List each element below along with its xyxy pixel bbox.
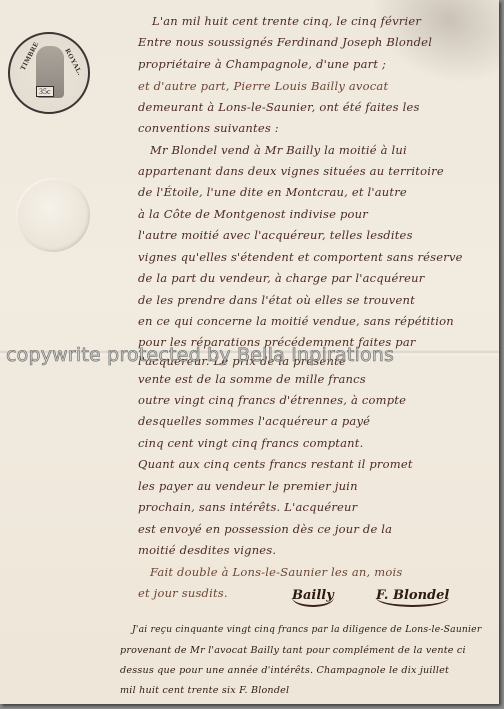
body-line: desquelles sommes l'acquéreur a payé	[138, 414, 370, 428]
body-line: cinq cent vingt cinq francs comptant.	[138, 436, 363, 450]
receipt-line: provenant de Mr l'avocat Bailly tant pou…	[120, 645, 466, 656]
body-line: prochain, sans intérêts. L'acquéreur	[138, 500, 357, 514]
body-line: en ce qui concerne la moitié vendue, san…	[138, 314, 454, 328]
receipt-line: mil huit cent trente six F. Blondel	[120, 685, 289, 696]
stamp-price: 35c	[36, 86, 54, 97]
body-line: demeurant à Lons-le-Saunier, ont été fai…	[138, 100, 420, 114]
body-line: Fait double à Lons-le-Saunier les an, mo…	[150, 565, 402, 579]
body-line: Entre nous soussignés Ferdinand Joseph B…	[138, 35, 432, 49]
body-line: de les prendre dans l'état où elles se t…	[138, 293, 415, 307]
body-line: les payer au vendeur le premier juin	[138, 479, 358, 493]
body-line: est envoyé en possession dès ce jour de …	[138, 522, 392, 536]
body-line: de l'Étoile, l'une dite en Montcrau, et …	[138, 185, 407, 199]
signature-blondel: F. Blondel	[376, 588, 449, 607]
body-line: conventions suivantes :	[138, 121, 279, 135]
body-line: et jour susdits.	[138, 586, 228, 600]
receipt-line: J'ai reçu cinquante vingt cinq francs pa…	[132, 624, 481, 635]
body-line: l'autre moitié avec l'acquéreur, telles …	[138, 228, 413, 242]
royal-stamp-seal: TIMBRE ROYAL. 35c	[8, 32, 90, 114]
body-line: vignes qu'elles s'étendent et comportent…	[138, 250, 463, 264]
copyright-watermark: copywrite protected by Bella Inpirations	[6, 344, 394, 366]
body-line: outre vingt cinq francs d'étrennes, à co…	[138, 393, 406, 407]
signature-bailly: Bailly	[292, 588, 334, 607]
embossed-seal-icon	[16, 178, 90, 252]
body-line: moitié desdites vignes.	[138, 543, 276, 557]
body-line: vente est de la somme de mille francs	[138, 372, 366, 386]
body-line: propriétaire à Champagnole, d'une part ;	[138, 57, 386, 71]
stamp-text-right: ROYAL.	[63, 47, 84, 77]
document-page: TIMBRE ROYAL. 35c L'an mil huit cent tre…	[0, 0, 499, 704]
body-line: Quant aux cinq cents francs restant il p…	[138, 457, 413, 471]
body-line: appartenant dans deux vignes situées au …	[138, 164, 444, 178]
body-line: et d'autre part, Pierre Louis Bailly avo…	[138, 79, 388, 93]
body-line: de la part du vendeur, à charge par l'ac…	[138, 271, 424, 285]
body-line: Mr Blondel vend à Mr Bailly la moitié à …	[150, 143, 407, 157]
body-line: à la Côte de Montgenost indivise pour	[138, 207, 368, 221]
body-line: L'an mil huit cent trente cinq, le cinq …	[152, 14, 421, 28]
receipt-line: dessus que pour une année d'intérêts. Ch…	[120, 665, 449, 676]
